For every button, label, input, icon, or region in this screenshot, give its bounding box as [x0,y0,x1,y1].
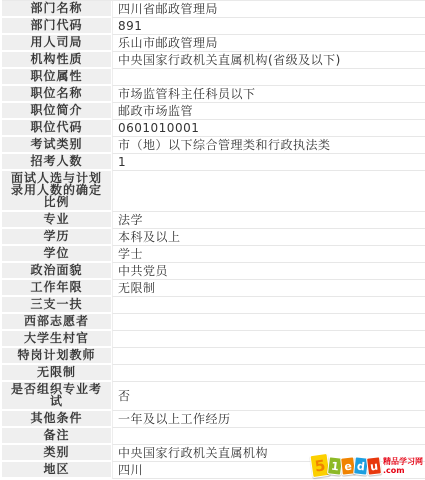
field-label: 招考人数 [2,154,112,171]
table-row: 是否组织专业考试否 [2,382,425,411]
field-value [112,428,425,445]
51edu-watermark-logo: 5 1 e d u 精品学习网 .com [312,454,423,477]
field-label: 地区 [2,462,112,479]
position-detail-table: 部门名称四川省邮政管理局 部门代码891 用人司局乐山市邮政管理局 机构性质中央… [2,0,425,479]
field-value: 否 [112,382,425,411]
field-value: 无限制 [112,280,425,297]
field-value: 四川省邮政管理局 [112,1,425,18]
field-value: 市（地）以下综合管理类和行政执法类 [112,137,425,154]
field-value: 中央国家行政机关直属机构(省级及以下) [112,52,425,69]
table-row: 其他条件一年及以上工作经历 [2,411,425,428]
field-label: 机构性质 [2,52,112,69]
field-label: 学历 [2,229,112,246]
table-row: 学历本科及以上 [2,229,425,246]
table-row: 专业法学 [2,212,425,229]
field-label: 特岗计划教师 [2,348,112,365]
field-label: 学位 [2,246,112,263]
field-value [112,69,425,86]
field-label: 职位名称 [2,86,112,103]
field-value [112,331,425,348]
watermark-site-text: 精品学习网 .com [383,457,423,475]
field-value: 市场监管科主任科员以下 [112,86,425,103]
field-value [112,365,425,382]
field-label: 其他条件 [2,411,112,428]
field-label: 职位代码 [2,120,112,137]
field-label: 无限制 [2,365,112,382]
field-label: 专业 [2,212,112,229]
field-label: 部门代码 [2,18,112,35]
field-label: 西部志愿者 [2,314,112,331]
table-row: 机构性质中央国家行政机关直属机构(省级及以下) [2,52,425,69]
field-label: 考试类别 [2,137,112,154]
field-value [112,348,425,365]
table-row: 大学生村官 [2,331,425,348]
field-value: 891 [112,18,425,35]
table-row: 学位学士 [2,246,425,263]
field-label: 职位简介 [2,103,112,120]
field-value [112,171,425,212]
table-row: 三支一扶 [2,297,425,314]
field-value [112,297,425,314]
table-row: 工作年限无限制 [2,280,425,297]
field-value: 法学 [112,212,425,229]
field-label: 备注 [2,428,112,445]
table-row: 部门名称四川省邮政管理局 [2,1,425,18]
field-value: 学士 [112,246,425,263]
table-row: 考试类别市（地）以下综合管理类和行政执法类 [2,137,425,154]
field-value: 邮政市场监管 [112,103,425,120]
field-value: 1 [112,154,425,171]
field-value: 一年及以上工作经历 [112,411,425,428]
field-label: 用人司局 [2,35,112,52]
table-row: 用人司局乐山市邮政管理局 [2,35,425,52]
watermark-domain: .com [383,466,423,475]
table-row: 职位属性 [2,69,425,86]
table-row: 招考人数1 [2,154,425,171]
field-label: 面试人选与计划录用人数的确定比例 [2,171,112,212]
field-label: 部门名称 [2,1,112,18]
field-label: 政治面貌 [2,263,112,280]
table-row: 备注 [2,428,425,445]
table-row: 政治面貌中共党员 [2,263,425,280]
table-row: 职位简介邮政市场监管 [2,103,425,120]
table-row: 特岗计划教师 [2,348,425,365]
table-row: 无限制 [2,365,425,382]
field-value: 中共党员 [112,263,425,280]
watermark-site-name: 精品学习网 [383,457,423,466]
field-value: 乐山市邮政管理局 [112,35,425,52]
field-label: 类别 [2,445,112,462]
table-row: 职位代码0601010001 [2,120,425,137]
field-value: 本科及以上 [112,229,425,246]
field-label: 职位属性 [2,69,112,86]
field-label: 大学生村官 [2,331,112,348]
field-value [112,314,425,331]
field-label: 三支一扶 [2,297,112,314]
field-label: 工作年限 [2,280,112,297]
field-value: 0601010001 [112,120,425,137]
table-row: 部门代码891 [2,18,425,35]
table-row: 面试人选与计划录用人数的确定比例 [2,171,425,212]
table-row: 职位名称市场监管科主任科员以下 [2,86,425,103]
watermark-letter-u-icon: u [366,456,382,476]
table-row: 西部志愿者 [2,314,425,331]
field-label: 是否组织专业考试 [2,382,112,411]
